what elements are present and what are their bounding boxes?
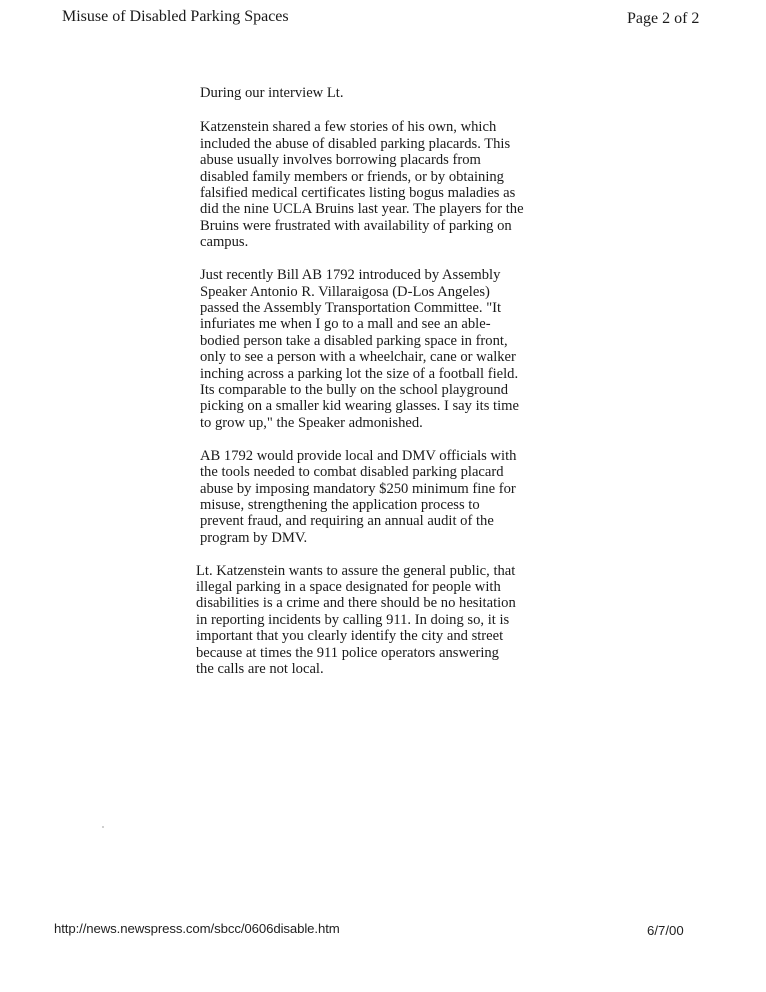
paragraph-bill-ab1792: Just recently Bill AB 1792 introduced by… xyxy=(200,267,545,431)
print-date: 6/7/00 xyxy=(647,923,684,938)
paragraph-intro: During our interview Lt. xyxy=(200,85,545,101)
scan-artifact xyxy=(102,826,104,828)
paragraph-katzenstein-stories: Katzenstein shared a few stories of his … xyxy=(200,119,545,250)
source-url: http://news.newspress.com/sbcc/0606disab… xyxy=(54,921,340,936)
paragraph-ab1792-provisions: AB 1792 would provide local and DMV offi… xyxy=(200,448,545,546)
article-body: During our interview Lt. Katzenstein sha… xyxy=(200,85,545,694)
page-indicator: Page 2 of 2 xyxy=(627,10,699,28)
paragraph-public-advice: Lt. Katzenstein wants to assure the gene… xyxy=(196,563,545,678)
document-title: Misuse of Disabled Parking Spaces xyxy=(62,8,289,26)
